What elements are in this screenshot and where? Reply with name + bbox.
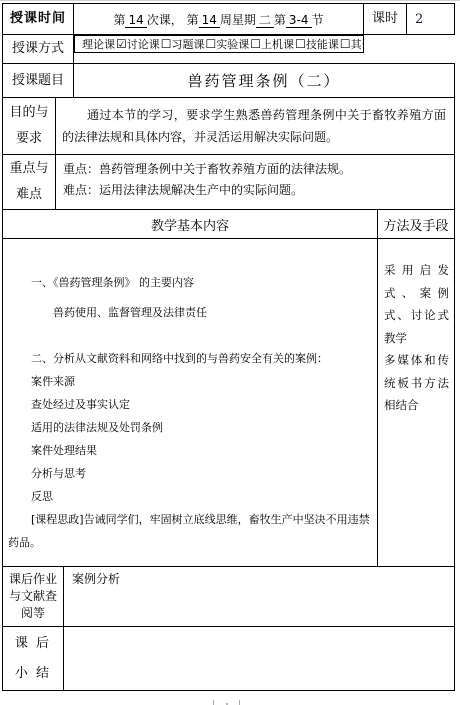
content-line: 适用的法律法规及处罚条例 xyxy=(5,416,371,439)
page-top-edge xyxy=(0,0,460,1)
session-text: 次课， 第 xyxy=(147,13,199,27)
method-option[interactable]: 理论课☑ xyxy=(82,36,127,52)
content-section: 教学基本内容 方法及手段 一、《兽药管理条例》 的主要内容兽药使用、监督管理及法… xyxy=(2,209,455,567)
objectives-cell: 通过本节的学习，要求学生熟悉兽药管理条例中关于畜牧养殖方面的法律法规和具体内容，… xyxy=(56,98,455,155)
session-text: 第 xyxy=(274,13,286,27)
checkbox-unchecked-icon: ☐ xyxy=(295,38,306,50)
keypoints-line: 难点：运用法律法规解决生产中的实际问题。 xyxy=(63,180,446,201)
class-hours-value: 2 xyxy=(407,4,455,35)
teaching-topic-label: 授课题目 xyxy=(3,64,74,98)
method-option-label: 上机课 xyxy=(261,36,294,52)
methods-header: 方法及手段 xyxy=(378,210,455,239)
content-line: 查处经过及事实认定 xyxy=(5,393,371,416)
content-body: 一、《兽药管理条例》 的主要内容兽药使用、监督管理及法律责任 二、分析从文献资料… xyxy=(3,239,378,567)
content-line: 药品。 xyxy=(5,531,371,554)
methods-paragraph: 多媒体和传统板书方法相结合 xyxy=(384,349,449,417)
summary-label: 课 后小 结 xyxy=(3,627,64,691)
method-options-row: 理论课☑讨论课☐习题课☐实验课☐上机课☐技能课☐其他☐ xyxy=(74,35,364,53)
session-fill-value: 3-4 xyxy=(286,14,312,28)
teaching-topic-value: 兽药管理条例（二） xyxy=(74,64,455,98)
session-fill-value: 14 xyxy=(125,14,146,28)
methods-body: 采用启发式、案例式、讨论式教学多媒体和传统板书方法相结合 xyxy=(378,239,455,567)
class-hours-label: 课时 xyxy=(364,4,407,35)
keypoints-label: 重点与难点 xyxy=(3,155,56,210)
content-line: 一、《兽药管理条例》 的主要内容 xyxy=(5,271,371,294)
summary-section: 课 后小 结 xyxy=(2,626,455,691)
keypoints-line: 重点：兽药管理条例中关于畜牧养殖方面的法律法规。 xyxy=(63,159,446,180)
summary-label-line: 小 结 xyxy=(3,659,63,689)
method-option[interactable]: 习题课☐ xyxy=(172,36,217,52)
content-line: 案件来源 xyxy=(5,370,371,393)
teaching-time-label: 授课时间 xyxy=(3,4,74,35)
method-option-label: 习题课 xyxy=(172,36,205,52)
content-line: 兽药使用、监督管理及法律责任 xyxy=(5,301,371,324)
homework-section: 课后作业与文献查阅等 案例分析 xyxy=(2,566,455,627)
method-option[interactable]: 其他☐ xyxy=(351,36,364,52)
content-line xyxy=(5,324,371,347)
method-option[interactable]: 技能课☐ xyxy=(306,36,351,52)
summary-content xyxy=(64,627,455,691)
checkbox-unchecked-icon: ☐ xyxy=(250,38,261,50)
summary-label-line: 课 后 xyxy=(3,629,63,659)
method-option[interactable]: 实验课☐ xyxy=(216,36,261,52)
lesson-plan-table: 授课时间 第14次课， 第14周星期二第3-4节 课时 2 授课方式 理论课☑讨… xyxy=(2,3,455,691)
method-option-label: 讨论课 xyxy=(127,36,160,52)
method-option-label: 理论课 xyxy=(82,36,115,52)
method-option[interactable]: 上机课☐ xyxy=(261,36,306,52)
session-text: 节 xyxy=(312,13,324,27)
teaching-method-label: 授课方式 xyxy=(3,35,74,64)
content-line: 反思 xyxy=(5,485,371,508)
header-section: 授课时间 第14次课， 第14周星期二第3-4节 课时 2 授课方式 理论课☑讨… xyxy=(2,3,455,98)
page-footer-mark xyxy=(213,700,240,705)
homework-label: 课后作业与文献查阅等 xyxy=(3,567,64,627)
session-text: 周星期 xyxy=(220,13,256,27)
content-line: 案件处理结果 xyxy=(5,439,371,462)
session-fill-value: 二 xyxy=(256,14,274,28)
methods-paragraph: 采用启发式、案例式、讨论式教学 xyxy=(384,259,449,349)
checkbox-unchecked-icon: ☐ xyxy=(340,38,351,50)
objectives-text: 通过本节的学习，要求学生熟悉兽药管理条例中关于畜牧养殖方面的法律法规和具体内容，… xyxy=(62,104,446,148)
method-option-label: 实验课 xyxy=(216,36,249,52)
method-option-label: 技能课 xyxy=(306,36,339,52)
content-header: 教学基本内容 xyxy=(3,210,378,239)
checkbox-unchecked-icon: ☐ xyxy=(161,38,172,50)
objectives-label: 目的与要求 xyxy=(3,98,56,155)
content-line: [课程思政]告诫同学们，牢固树立底线思维，畜牧生产中坚决不用违禁 xyxy=(5,508,371,531)
method-option[interactable]: 讨论课☐ xyxy=(127,36,172,52)
homework-value: 案例分析 xyxy=(64,567,455,627)
session-fill-value: 14 xyxy=(199,14,220,28)
method-option-label: 其他 xyxy=(351,36,364,52)
checkbox-unchecked-icon: ☐ xyxy=(206,38,217,50)
content-line: 分析与思考 xyxy=(5,462,371,485)
session-info: 第14次课， 第14周星期二第3-4节 xyxy=(74,4,364,35)
content-line: 二、分析从文献资料和网络中找到的与兽药安全有关的案例： xyxy=(5,347,371,370)
session-text: 第 xyxy=(113,13,125,27)
objectives-section: 目的与要求 通过本节的学习，要求学生熟悉兽药管理条例中关于畜牧养殖方面的法律法规… xyxy=(2,97,455,210)
keypoints-cell: 重点：兽药管理条例中关于畜牧养殖方面的法律法规。难点：运用法律法规解决生产中的实… xyxy=(56,155,455,210)
checkbox-checked-icon: ☑ xyxy=(116,38,127,50)
